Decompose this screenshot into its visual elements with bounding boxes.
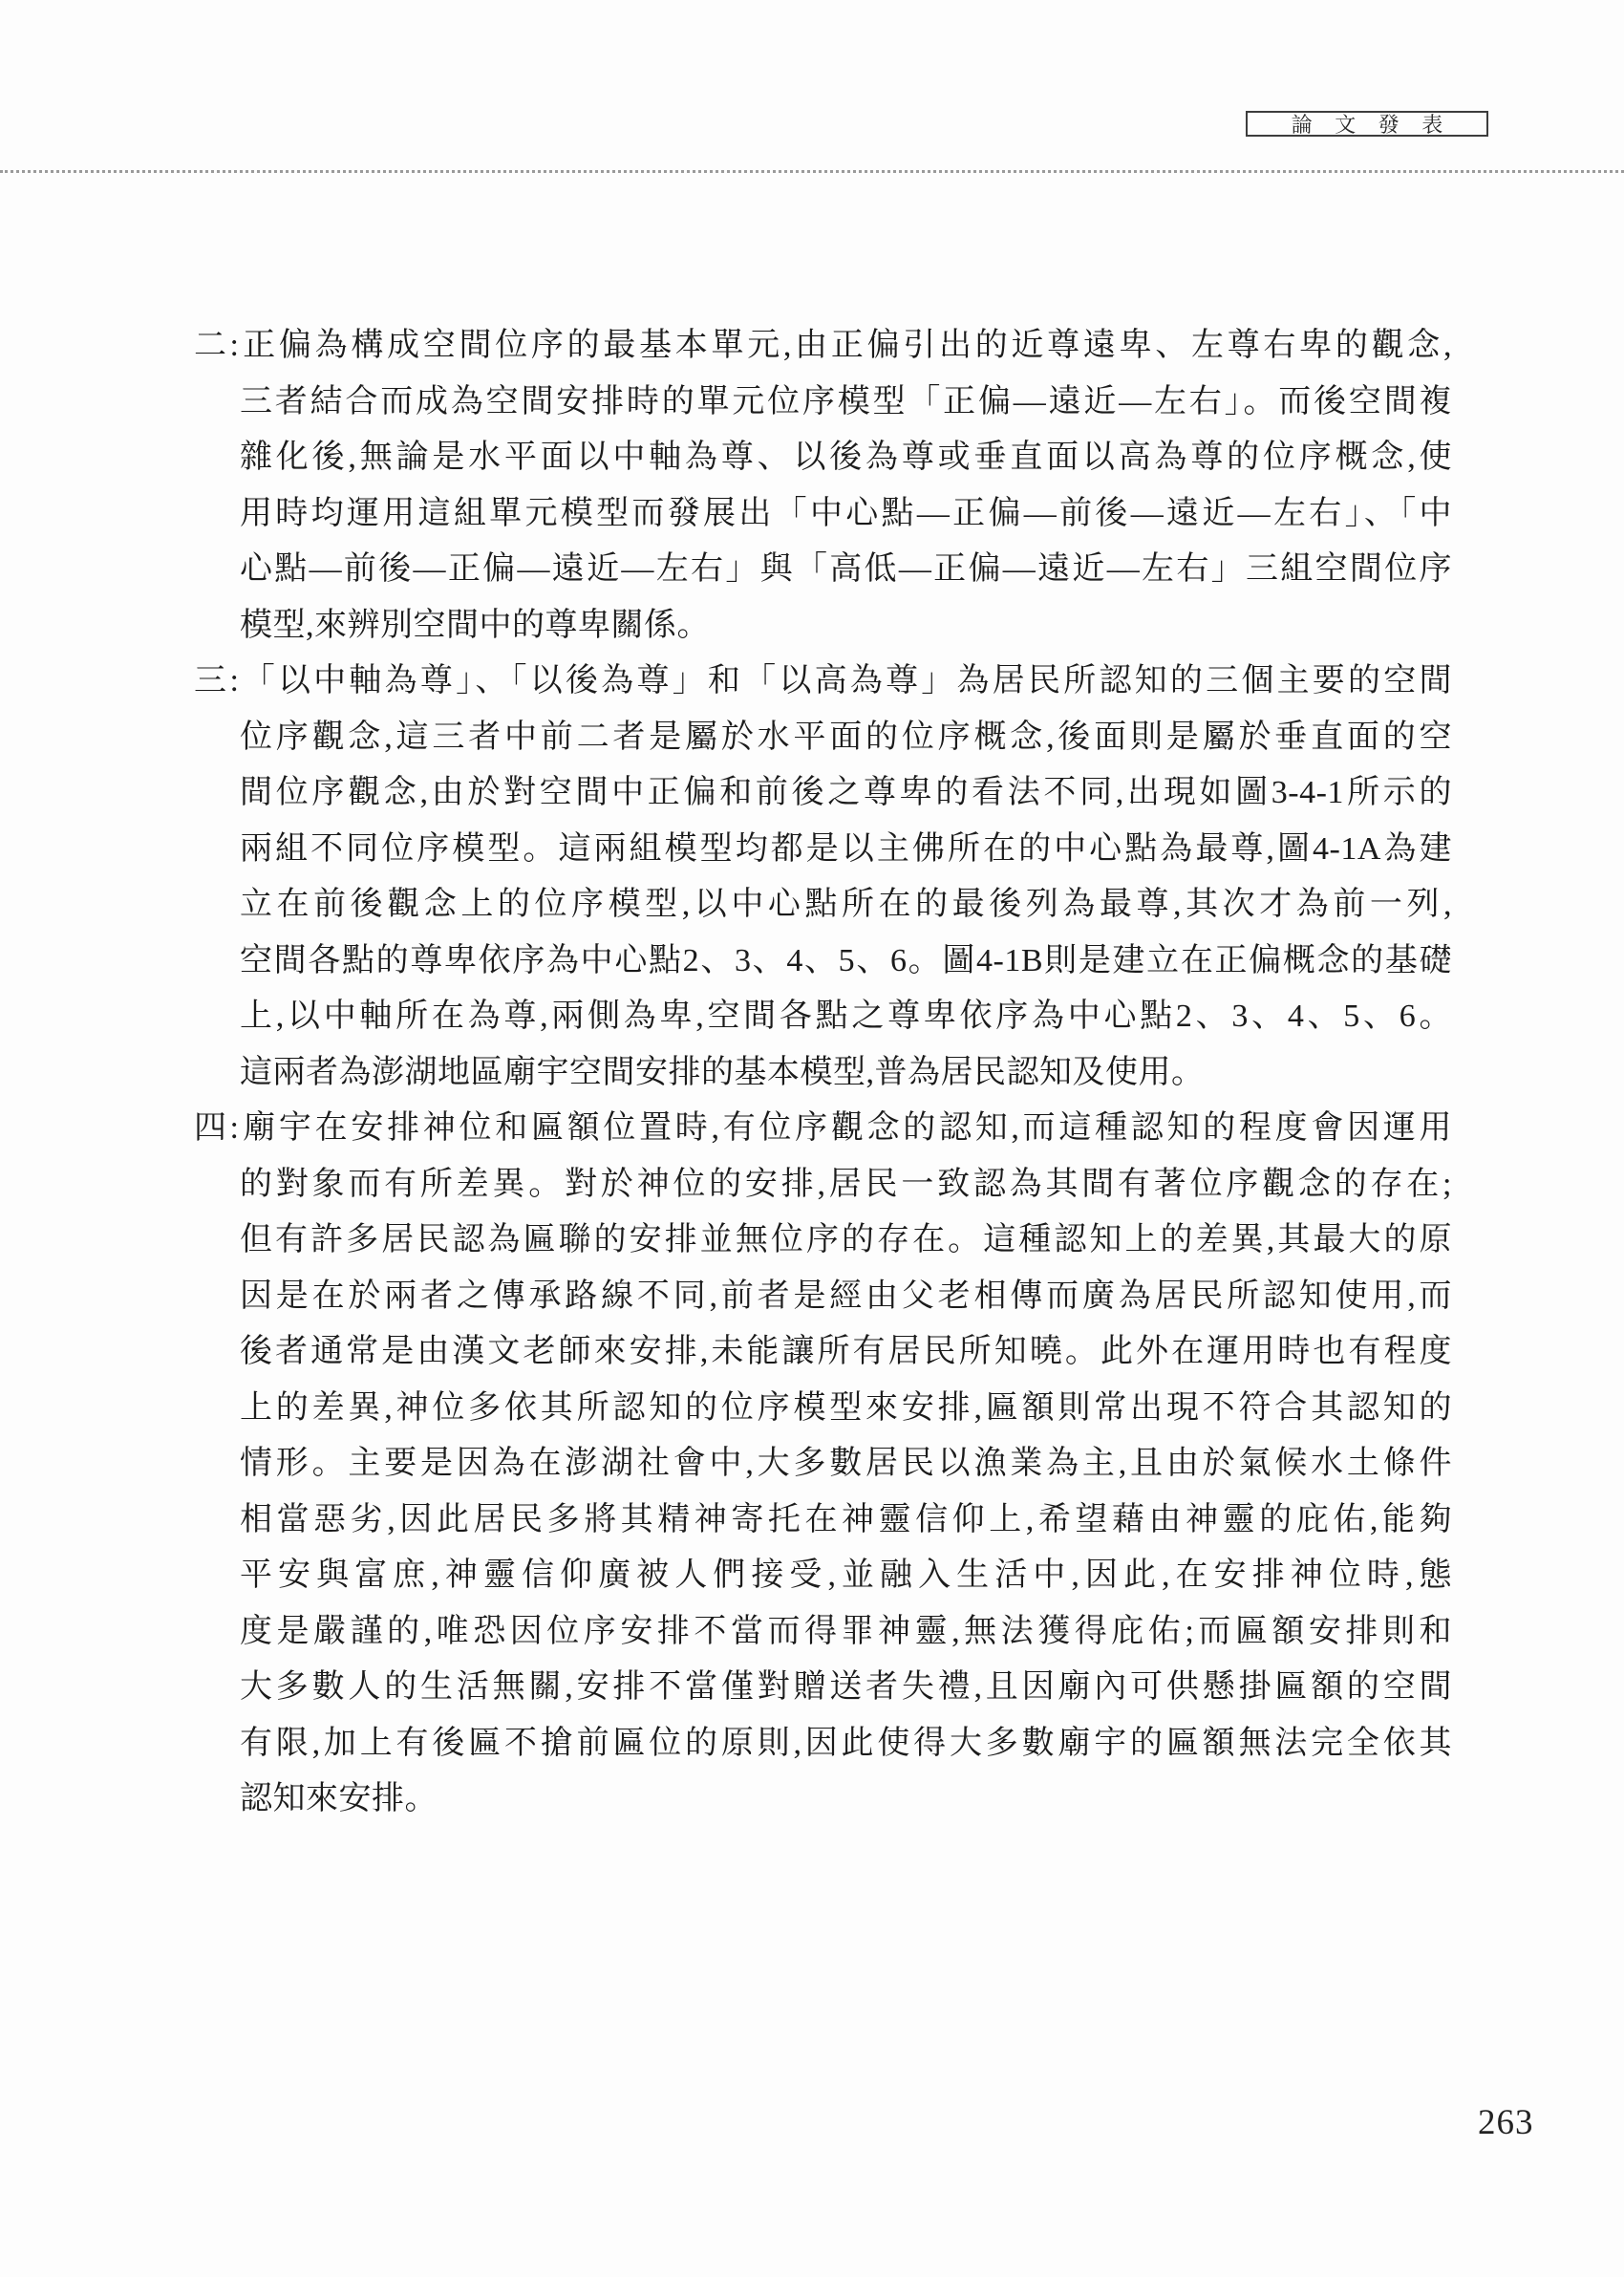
section-header-box: 論 文 發 表 [1246, 111, 1488, 137]
text-line: 空間各點的尊卑依序為中心點2、3、4、5、6。圖4-1B則是建立在正偏概念的基礎 [240, 934, 1452, 990]
text-line: 用時均運用這組單元模型而發展出「中心點—正偏—前後—遠近—左右」、「中 [240, 486, 1452, 543]
text-line: 這兩者為澎湖地區廟宇空間安排的基本模型,普為居民認知及使用。 [240, 1045, 1452, 1102]
text-line: 心點—前後—正偏—遠近—左右」與「高低—正偏—遠近—左右」三組空間位序 [240, 542, 1452, 598]
list-item: 四:廟宇在安排神位和匾額位置時,有位序觀念的認知,而這種認知的程度會因運用的對象… [194, 1101, 1452, 1828]
text-line: 情形。主要是因為在澎湖社會中,大多數居民以漁業為主,且由於氣候水土條件 [240, 1436, 1452, 1493]
item-marker: 二: [194, 318, 240, 375]
text-line: 但有許多居民認為匾聯的安排並無位序的存在。這種認知上的差異,其最大的原 [240, 1213, 1452, 1269]
text-line: 的對象而有所差異。對於神位的安排,居民一致認為其間有著位序觀念的存在; [240, 1157, 1452, 1214]
text-line: 間位序觀念,由於對空間中正偏和前後之尊卑的看法不同,出現如圖3-4-1所示的 [240, 765, 1452, 822]
page-number: 263 [1478, 2102, 1534, 2143]
body-text: 二:正偏為構成空間位序的最基本單元,由正偏引出的近尊遠卑、左尊右卑的觀念,三者結… [194, 318, 1452, 1828]
text-line: 相當惡劣,因此居民多將其精神寄托在神靈信仰上,希望藉由神靈的庇佑,能夠 [240, 1493, 1452, 1549]
list-item: 二:正偏為構成空間位序的最基本單元,由正偏引出的近尊遠卑、左尊右卑的觀念,三者結… [194, 318, 1452, 654]
header-divider [0, 170, 1624, 173]
text-line: 二:正偏為構成空間位序的最基本單元,由正偏引出的近尊遠卑、左尊右卑的觀念, [240, 318, 1452, 375]
text-line: 度是嚴謹的,唯恐因位序安排不當而得罪神靈,無法獲得庇佑;而匾額安排則和 [240, 1604, 1452, 1661]
text-line: 平安與富庶,神靈信仰廣被人們接受,並融入生活中,因此,在安排神位時,態 [240, 1548, 1452, 1604]
text-line: 立在前後觀念上的位序模型,以中心點所在的最後列為最尊,其次才為前一列, [240, 877, 1452, 934]
text-line: 模型,來辨別空間中的尊卑關係。 [240, 598, 1452, 655]
text-line: 有限,加上有後匾不搶前匾位的原則,因此使得大多數廟宇的匾額無法完全依其 [240, 1716, 1452, 1772]
text-line: 兩組不同位序模型。這兩組模型均都是以主佛所在的中心點為最尊,圖4-1A為建 [240, 822, 1452, 878]
section-header-title: 論 文 發 表 [1283, 109, 1452, 139]
text-line: 因是在於兩者之傳承路線不同,前者是經由父老相傳而廣為居民所認知使用,而 [240, 1269, 1452, 1325]
text-line: 上,以中軸所在為尊,兩側為卑,空間各點之尊卑依序為中心點2、3、4、5、6。 [240, 989, 1452, 1045]
text-line: 認知來安排。 [240, 1772, 1452, 1828]
text-line: 雜化後,無論是水平面以中軸為尊、以後為尊或垂直面以高為尊的位序概念,使 [240, 430, 1452, 486]
text-line: 三:「以中軸為尊」、「以後為尊」和「以高為尊」為居民所認知的三個主要的空間 [240, 654, 1452, 710]
text-line: 大多數人的生活無關,安排不當僅對贈送者失禮,且因廟內可供懸掛匾額的空間 [240, 1660, 1452, 1716]
text-line: 三者結合而成為空間安排時的單元位序模型「正偏—遠近—左右」。而後空間複 [240, 375, 1452, 431]
item-marker: 三: [194, 654, 240, 710]
list-item: 三:「以中軸為尊」、「以後為尊」和「以高為尊」為居民所認知的三個主要的空間位序觀… [194, 654, 1452, 1101]
text-line: 位序觀念,這三者中前二者是屬於水平面的位序概念,後面則是屬於垂直面的空 [240, 710, 1452, 766]
text-line: 後者通常是由漢文老師來安排,未能讓所有居民所知曉。此外在運用時也有程度 [240, 1324, 1452, 1381]
text-line: 上的差異,神位多依其所認知的位序模型來安排,匾額則常出現不符合其認知的 [240, 1381, 1452, 1437]
item-marker: 四: [194, 1101, 240, 1157]
text-line: 四:廟宇在安排神位和匾額位置時,有位序觀念的認知,而這種認知的程度會因運用 [240, 1101, 1452, 1157]
